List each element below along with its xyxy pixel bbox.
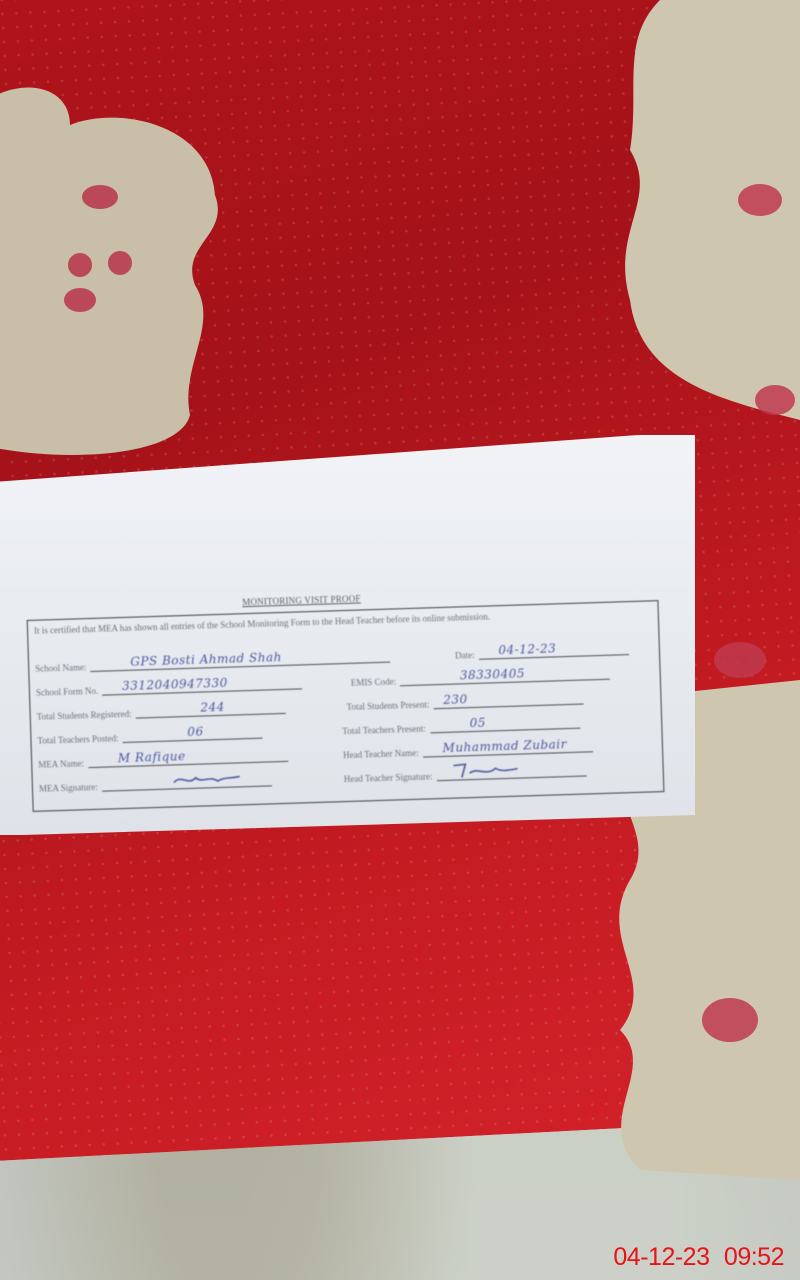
handwritten-value: 230 [443, 692, 468, 707]
handwritten-value: M Rafique [118, 749, 186, 765]
handwritten-value: 3312040947330 [122, 676, 228, 693]
handwritten-value: Muhammad Zubair [442, 737, 567, 755]
mea-signature-scribble [171, 770, 241, 788]
field-school-form-no: School Form No. 3312040947330 [36, 674, 303, 697]
handwritten-value: 38330405 [460, 666, 525, 682]
monitoring-visit-proof-form: MONITORING VISIT PROOF It is certified t… [26, 578, 668, 818]
floral-motif-top-left [0, 85, 240, 455]
handwritten-value: 244 [200, 700, 225, 715]
handwritten-value: 04-12-23 [498, 641, 556, 657]
field-total-teachers-posted: Total Teachers Posted: 06 [37, 724, 262, 746]
handwritten-value: 05 [469, 716, 486, 731]
field-emis-code: EMIS Code: 38330405 [351, 665, 611, 688]
field-head-teacher-name: Head Teacher Name: Muhammad Zubair [343, 737, 593, 760]
field-total-teachers-present: Total Teachers Present: 05 [342, 714, 580, 736]
field-date: Date: 04-12-23 [455, 640, 629, 660]
field-mea-name: MEA Name: M Rafique [38, 747, 288, 770]
field-total-students-registered: Total Students Registered: 244 [36, 699, 285, 722]
field-head-teacher-signature: Head Teacher Signature: [344, 761, 587, 784]
field-school-name: School Name: GPS Bosti Ahmad Shah [35, 648, 391, 674]
field-mea-signature: MEA Signature: [39, 771, 272, 793]
form-box: It is certified that MEA has shown all e… [27, 600, 665, 812]
handwritten-value: 06 [187, 724, 204, 739]
head-teacher-signature-scribble [451, 760, 522, 780]
certification-text: It is certified that MEA has shown all e… [34, 606, 644, 637]
photo-scene: MONITORING VISIT PROOF It is certified t… [0, 0, 800, 1280]
field-total-students-present: Total Students Present: 230 [346, 690, 583, 712]
photo-timestamp: 04-12-23 09:52 [613, 1243, 784, 1272]
form-title: MONITORING VISIT PROOF [242, 593, 361, 607]
handwritten-value: GPS Bosti Ahmad Shah [130, 650, 282, 669]
